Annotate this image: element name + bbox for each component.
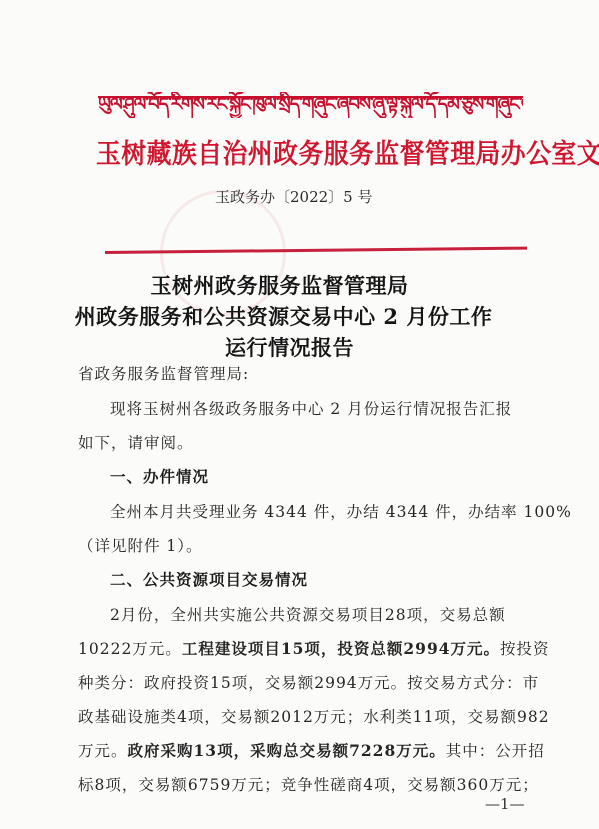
report-title-line1: 玉树州政务服务监督管理局 — [0, 270, 579, 300]
section1-heading: 一、办件情况 — [110, 465, 565, 487]
section1-line1: 全州本月共受理业务 4344 件，办结 4344 件，办结率 100% — [110, 500, 565, 522]
issuing-organization-title: 玉树藏族自治州政务服务监督管理局办公室文件 — [96, 132, 501, 171]
section1-line2: （详见附件 1）。 — [78, 534, 533, 556]
intro-paragraph-line1: 现将玉树州各级政务服务中心 2 月份运行情况报告汇报 — [110, 397, 565, 419]
section2-line2: 10222万元。工程建设项目15项，投资总额2994万元。按投资 — [78, 637, 533, 659]
document-page: ཡུལ་ཤུལ་བོད་རིགས་རང་སྐྱོང་ཁུལ་སྲིད་གཞུང་… — [0, 0, 599, 829]
section2-line5: 万元。政府采购13项，采购总交易额7228万元。其中：公开招 — [78, 739, 533, 761]
section2-line1: 2月份，全州共实施公共资源交易项目28项，交易总额 — [110, 603, 565, 625]
tibetan-header: ཡུལ་ཤུལ་བོད་རིགས་རང་སྐྱོང་ཁུལ་སྲིད་གཞུང་… — [98, 92, 523, 118]
section2-line2-bold: 工程建设项目15项，投资总额2994万元。 — [182, 639, 500, 658]
recipient: 省政务服务监督管理局: — [78, 362, 533, 384]
tibetan-headline-bar — [98, 96, 523, 98]
report-title-line2: 州政务服务和公共资源交易中心 2 月份工作 — [0, 301, 583, 331]
section2-line3: 种类分：政府投资15项，交易额2994万元。按交易方式分：市 — [78, 671, 533, 693]
section2-line5-text-a: 万元。 — [78, 742, 128, 760]
section2-line2-text-b: 按投资 — [500, 640, 550, 658]
page-number: —1— — [485, 795, 525, 813]
report-title-line3: 运行情况报告 — [0, 332, 589, 362]
section2-line5-bold: 政府采购13项，采购总交易额7228万元。 — [128, 741, 446, 760]
section2-line4: 政基础设施类4项，交易额2012万元；水利类11项，交易额982 — [78, 705, 533, 727]
section2-line5-text-b: 其中：公开招 — [446, 742, 545, 760]
section2-line2-text-a: 10222万元。 — [78, 640, 182, 658]
section2-heading: 二、公共资源项目交易情况 — [110, 568, 565, 590]
section2-line6: 标8项，交易额6759万元；竞争性磋商4项，交易额360万元； — [78, 773, 533, 795]
intro-paragraph-line2: 如下，请审阅。 — [78, 431, 533, 453]
document-number: 玉政务办〔2022〕5 号 — [215, 186, 373, 207]
